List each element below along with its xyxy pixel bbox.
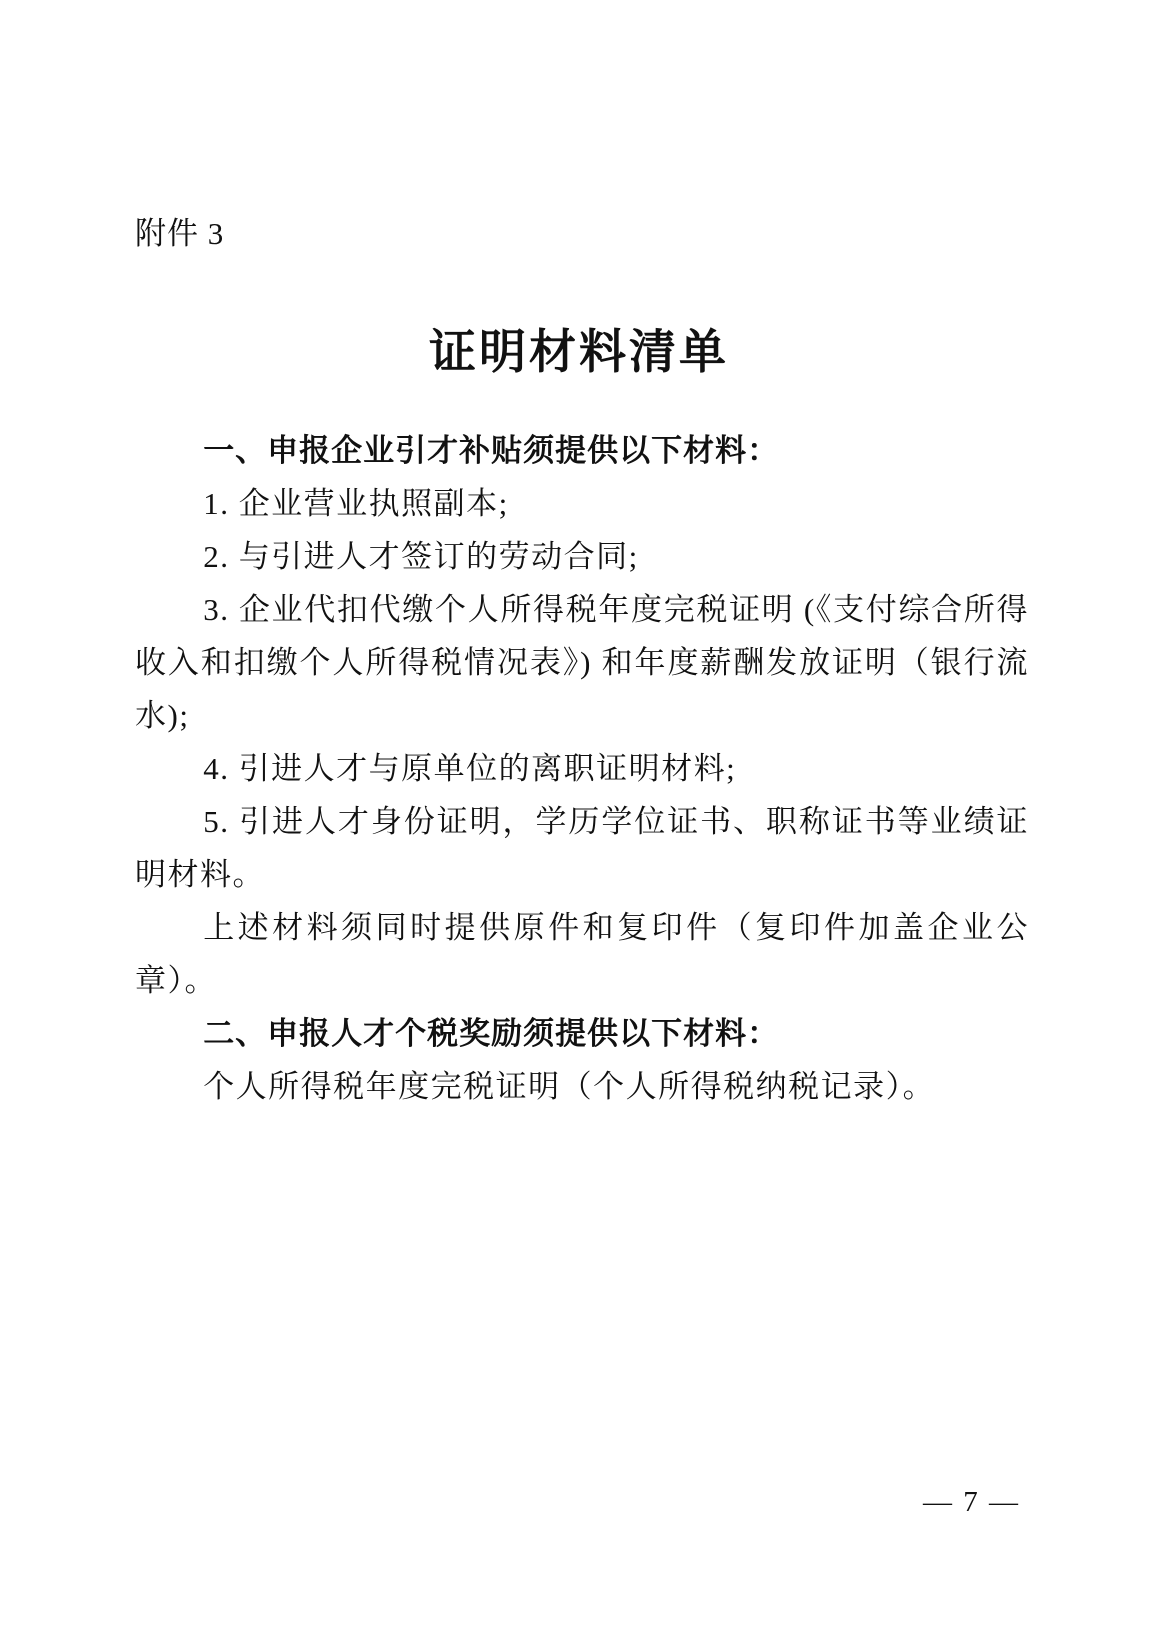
section-2-item-1: 个人所得税年度完税证明（个人所得税纳税记录）。 [135,1060,1029,1113]
section-1-item-2: 2. 与引进人才签订的劳动合同; [135,530,1029,583]
page-title: 证明材料清单 [0,315,1158,382]
section-1-note: 上述材料须同时提供原件和复印件（复印件加盖企业公章）。 [135,901,1029,1007]
section-1-item-4: 4. 引进人才与原单位的离职证明材料; [135,742,1029,795]
section-2-heading: 二、申报人才个税奖励须提供以下材料： [135,1007,1029,1060]
document-body: 一、申报企业引才补贴须提供以下材料： 1. 企业营业执照副本; 2. 与引进人才… [135,424,1029,1113]
attachment-label: 附件 3 [135,208,224,253]
section-1-item-1: 1. 企业营业执照副本; [135,477,1029,530]
page-number: — 7 — [923,1486,1020,1519]
document-page: 附件 3 证明材料清单 一、申报企业引才补贴须提供以下材料： 1. 企业营业执照… [0,0,1158,1637]
section-1-heading: 一、申报企业引才补贴须提供以下材料： [135,424,1029,477]
section-1-item-3: 3. 企业代扣代缴个人所得税年度完税证明 (《支付综合所得收入和扣缴个人所得税情… [135,583,1029,742]
section-1-item-5: 5. 引进人才身份证明，学历学位证书、职称证书等业绩证明材料。 [135,795,1029,901]
